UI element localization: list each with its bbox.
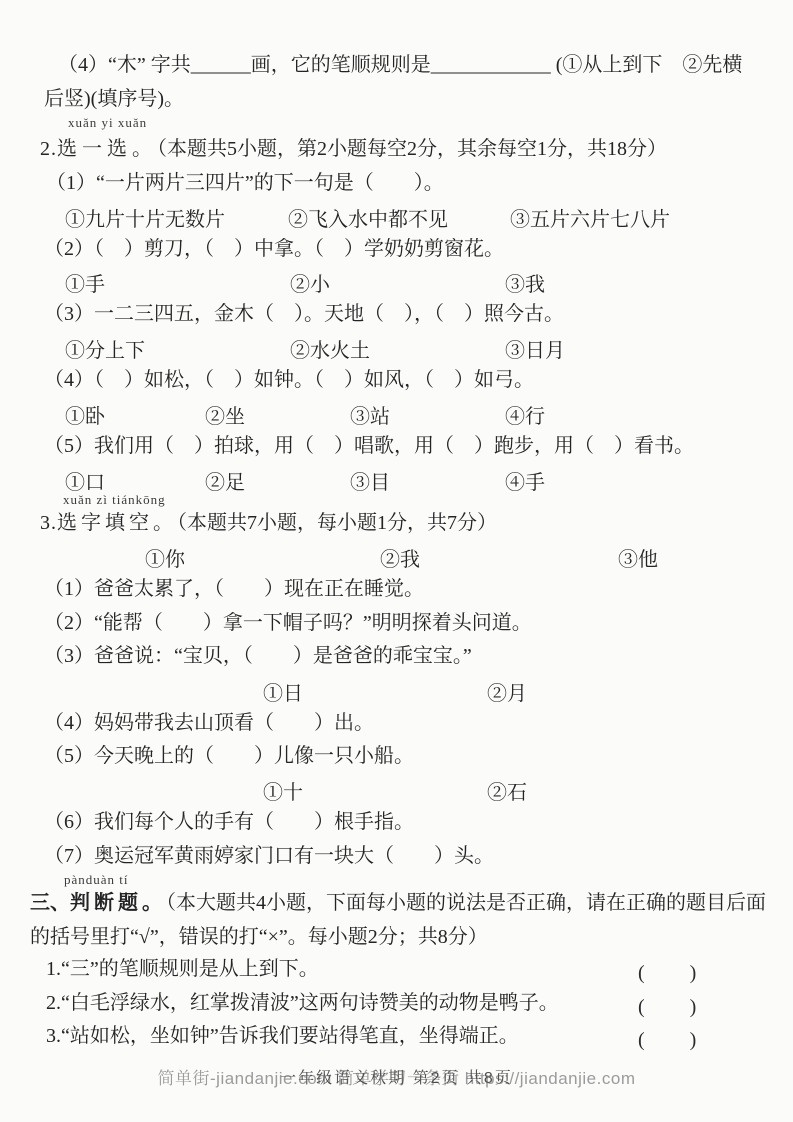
s3-question-5: （5）今天晚上的（ ）儿像一只小船。	[44, 743, 414, 769]
s3-question-4: （4）妈妈带我去山顶看（ ）出。	[44, 710, 374, 736]
s2-q5-option-1: ①口	[65, 466, 105, 495]
pinyin-xuanyixuan: xuǎn yi xuǎn	[68, 115, 147, 131]
pinyin-xuanzitiankong: xuǎn zì tiánkōng	[63, 492, 166, 508]
section2-instruction: （本题共5小题，第2小题每空2分，其余每空1分，共18分）	[157, 138, 667, 160]
s2-q5-option-4: ④手	[505, 466, 545, 495]
section2-heading: 2.选一选。（本题共5小题，第2小题每空2分，其余每空1分，共18分）	[40, 136, 667, 162]
tf-answer-paren-3: ( )	[638, 1023, 696, 1052]
tf-answer-paren-1: ( )	[638, 956, 696, 985]
s2-q2-option-2: ②小	[290, 268, 330, 297]
s3-choice-ta: ③他	[618, 543, 658, 572]
tf-answer-paren-2: ( )	[638, 990, 696, 1019]
s3-choice-ni: ①你	[145, 543, 185, 572]
section2-title: 选一选。	[57, 138, 157, 160]
tf-item-2: 2.“白毛浮绿水，红掌拨清波”这两句诗赞美的动物是鸭子。	[46, 990, 559, 1016]
s2-question-5: （5）我们用（ ）拍球，用（ ）唱歌，用（ ）跑步，用（ ）看书。	[44, 433, 694, 459]
s2-question-1: （1）“一片两片三四片”的下一句是（ ）。	[46, 170, 444, 196]
s2-q4-option-1: ①卧	[65, 400, 105, 429]
s2-q2-option-3: ③我	[505, 268, 545, 297]
section2-number: 2.	[40, 138, 57, 160]
section4-instruction-line1: （本大题共4小题，下面每小题的说法是否正确，请在正确的题目后面	[166, 892, 766, 914]
s2-q2-option-1: ①手	[65, 268, 105, 297]
s2-q4-option-2: ②坐	[205, 400, 245, 429]
s3-question-2: （2）“能帮（ ）拿一下帽子吗？”明明探着头问道。	[44, 610, 532, 636]
section4-number: 三、	[30, 892, 70, 914]
tf-item-3: 3.“站如松，坐如钟”告诉我们要站得笔直，坐得端正。	[46, 1023, 519, 1049]
s3-choice-wo: ②我	[380, 543, 420, 572]
section3-number: 3.	[40, 512, 57, 534]
s3-choice-ri: ①日	[263, 677, 303, 706]
s2-q3-option-3: ③日月	[505, 334, 565, 363]
s2-q4-option-3: ③站	[350, 400, 390, 429]
s3-question-1: （1）爸爸太累了，（ ）现在正在睡觉。	[44, 576, 424, 602]
section4-heading-line1: 三、判断题。（本大题共4小题，下面每小题的说法是否正确，请在正确的题目后面	[30, 890, 766, 916]
s2-question-2: （2）（ ）剪刀，（ ）中拿。（ ）学奶奶剪窗花。	[44, 236, 504, 262]
test-paper-page: （4）“木” 字共______画，它的笔顺规则是____________ (①从…	[0, 0, 793, 1122]
s3-question-7: （7）奥运冠军黄雨婷家门口有一块大（ ）头。	[44, 843, 494, 869]
s3-choice-shi-ten: ①十	[263, 776, 303, 805]
section4-heading-line2: 的括号里打“√”，错误的打“×”。每小题2分；共8分）	[30, 924, 488, 950]
s3-question-6: （6）我们每个人的手有（ ）根手指。	[44, 809, 414, 835]
footer-page-info: 一年级语文秋期 第2页 共8页	[0, 1065, 793, 1088]
s2-q1-option-3: ③五片六片七八片	[510, 203, 670, 232]
s2-q1-option-1: ①九片十片无数片	[65, 203, 225, 232]
s2-q4-option-4: ④行	[505, 400, 545, 429]
pinyin-panduanti: pànduàn tí	[64, 872, 129, 888]
section3-instruction: （本题共7小题，每小题1分，共7分）	[177, 512, 497, 534]
section3-title: 选字填空。	[57, 512, 177, 534]
section4-title: 判断题。	[70, 892, 166, 914]
s2-q3-option-1: ①分上下	[65, 334, 145, 363]
s3-question-3: （3）爸爸说：“宝贝，（ ）是爸爸的乖宝宝。”	[44, 643, 472, 669]
s2-question-3: （3）一二三四五，金木（ ）。天地（ ），（ ）照今古。	[44, 301, 564, 327]
s3-choice-shi-stone: ②石	[487, 776, 527, 805]
s2-q5-option-2: ②足	[205, 466, 245, 495]
tf-item-1: 1.“三”的笔顺规则是从上到下。	[46, 956, 319, 982]
question-stroke-count-line2: 后竖)(填序号)。	[44, 86, 184, 112]
question-stroke-count-line1: （4）“木” 字共______画，它的笔顺规则是____________ (①从…	[58, 52, 742, 78]
s3-choice-yue: ②月	[487, 677, 527, 706]
section3-heading: 3.选字填空。（本题共7小题，每小题1分，共7分）	[40, 510, 497, 536]
s2-q5-option-3: ③目	[350, 466, 390, 495]
s2-question-4: （4）（ ）如松，（ ）如钟。（ ）如风，（ ）如弓。	[44, 367, 534, 393]
s2-q3-option-2: ②水火土	[290, 334, 370, 363]
s2-q1-option-2: ②飞入水中都不见	[288, 203, 448, 232]
